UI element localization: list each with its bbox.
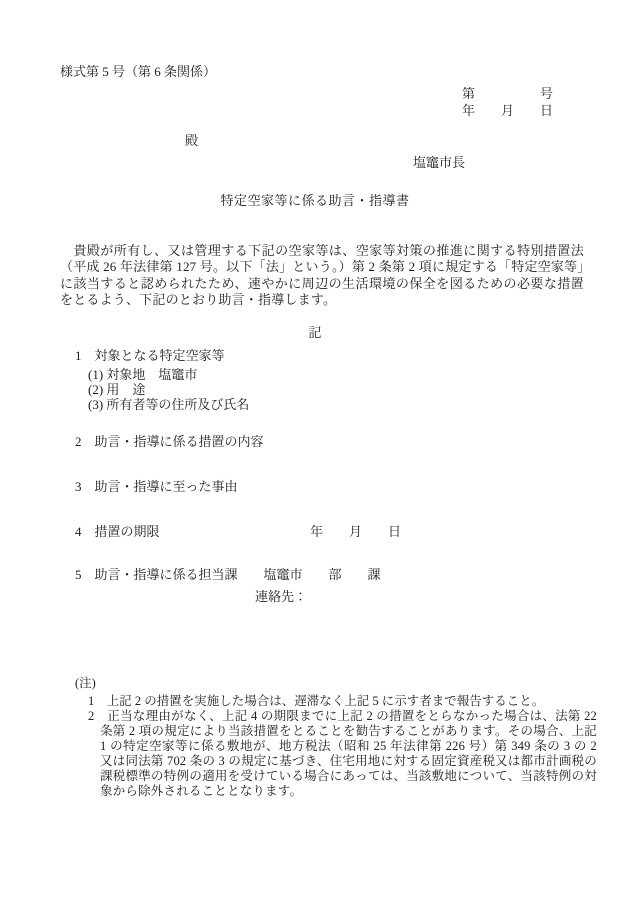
addressee-honorific: 殿 xyxy=(185,133,198,149)
document-title: 特定空家等に係る助言・指導書 xyxy=(0,193,630,209)
item-1-target-vacant-house: 1 対象となる特定空家等 xyxy=(75,348,225,364)
note-item-2: 2 正当な理由がなく、上記 4 の期限までに上記 2 の措置をとらなかった場合は… xyxy=(88,709,597,799)
item-1-sub-owner-address-name: (3) 所有者等の住所及び氏名 xyxy=(88,397,249,413)
document-number-line: 第 号 xyxy=(462,86,553,102)
item-5-responsible-section: 5 助言・指導に係る担当課 塩竈市 部 課 xyxy=(75,567,381,583)
body-paragraph: 貴殿が所有し、又は管理する下記の空家等は、空家等対策の推進に関する特別措置法（平… xyxy=(60,243,584,309)
note-item-1: 1 上記 2 の措置を実施した場合は、遅滞なく上記 5 に示す者まで報告すること… xyxy=(88,694,544,710)
date-line: 年 月 日 xyxy=(462,103,553,119)
sender-mayor-name: 塩竈市長 xyxy=(413,155,465,171)
item-4-deadline: 4 措置の期限 xyxy=(75,524,160,540)
item-2-measures-content: 2 助言・指導に係る措置の内容 xyxy=(75,434,264,450)
document-page: 様式第 5 号（第 6 条関係） 第 号 年 月 日 殿 塩竈市長 特定空家等に… xyxy=(0,0,630,903)
item-3-reason: 3 助言・指導に至った事由 xyxy=(75,479,238,495)
item-1-sub-usage: (2) 用 途 xyxy=(88,382,145,398)
form-number: 様式第 5 号（第 6 条関係） xyxy=(60,64,216,80)
item-1-sub-location: (1) 対象地 塩竈市 xyxy=(88,367,197,383)
record-mark: 記 xyxy=(0,325,630,341)
note-label: (注) xyxy=(75,676,96,692)
item-5-contact: 連絡先： xyxy=(255,589,307,605)
item-4-deadline-date: 年 月 日 xyxy=(310,524,401,540)
